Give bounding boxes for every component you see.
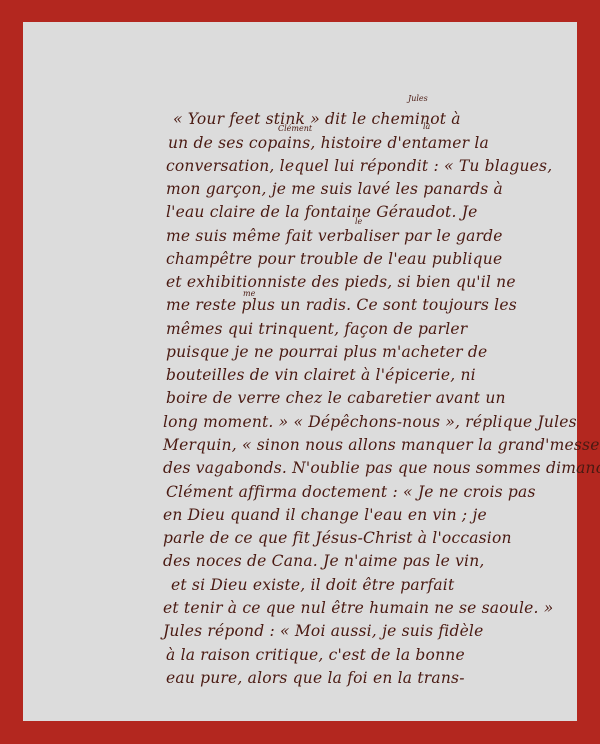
handwritten-text: « Your feet stink » dit le cheminot à Ju… [23,22,577,721]
manuscript-line: puisque je ne pourrai plus m'acheter de [166,343,487,361]
manuscript-line: parle de ce que fit Jésus-Christ à l'occ… [163,529,512,547]
insertion-jules: Jules [408,94,428,103]
manuscript-line: conversation, lequel lui répondit : « Tu… [166,157,552,175]
manuscript-line: des noces de Cana. Je n'aime pas le vin, [163,552,485,570]
manuscript-line: boire de verre chez le cabaretier avant … [166,389,506,407]
manuscript-line: l'eau claire de la fontaine Géraudot. Je [166,203,478,221]
manuscript-line: Jules répond : « Moi aussi, je suis fidè… [163,622,483,640]
manuscript-line: et si Dieu existe, il doit être parfait [171,576,454,594]
manuscript-line: et tenir à ce que nul être humain ne se … [163,599,553,617]
manuscript-line: mêmes qui trinquent, façon de parler [166,320,467,338]
manuscript-line: Merquin, « sinon nous allons manquer la … [163,436,600,454]
manuscript-line: et exhibitionniste des pieds, si bien qu… [166,273,516,291]
manuscript-line: eau pure, alors que la foi en la trans- [166,669,465,687]
manuscript-line: champêtre pour trouble de l'eau publique [166,250,502,268]
manuscript-line: un de ses copains, histoire d'entamer la [168,134,489,152]
manuscript-line: long moment. » « Dépêchons-nous », répli… [163,413,577,431]
insertion-clement: Clément [278,124,312,133]
insertion-le: le [355,217,362,226]
manuscript-line: en Dieu quand il change l'eau en vin ; j… [163,506,487,524]
insertion-la: la [423,122,430,131]
manuscript-line: me suis même fait verbaliser par le gard… [166,227,503,245]
manuscript-line: des vagabonds. N'oublie pas que nous som… [163,459,600,477]
manuscript-page: « Your feet stink » dit le cheminot à Ju… [23,22,577,721]
manuscript-line: à la raison critique, c'est de la bonne [166,646,465,664]
manuscript-line: mon garçon, je me suis lavé les panards … [166,180,503,198]
manuscript-line: bouteilles de vin clairet à l'épicerie, … [166,366,476,384]
manuscript-line: Clément affirma doctement : « Je ne croi… [166,483,536,501]
manuscript-line: « Your feet stink » dit le cheminot à [173,110,461,128]
manuscript-line: me reste plus un radis. Ce sont toujours… [166,296,517,314]
red-frame-border: « Your feet stink » dit le cheminot à Ju… [0,0,600,744]
